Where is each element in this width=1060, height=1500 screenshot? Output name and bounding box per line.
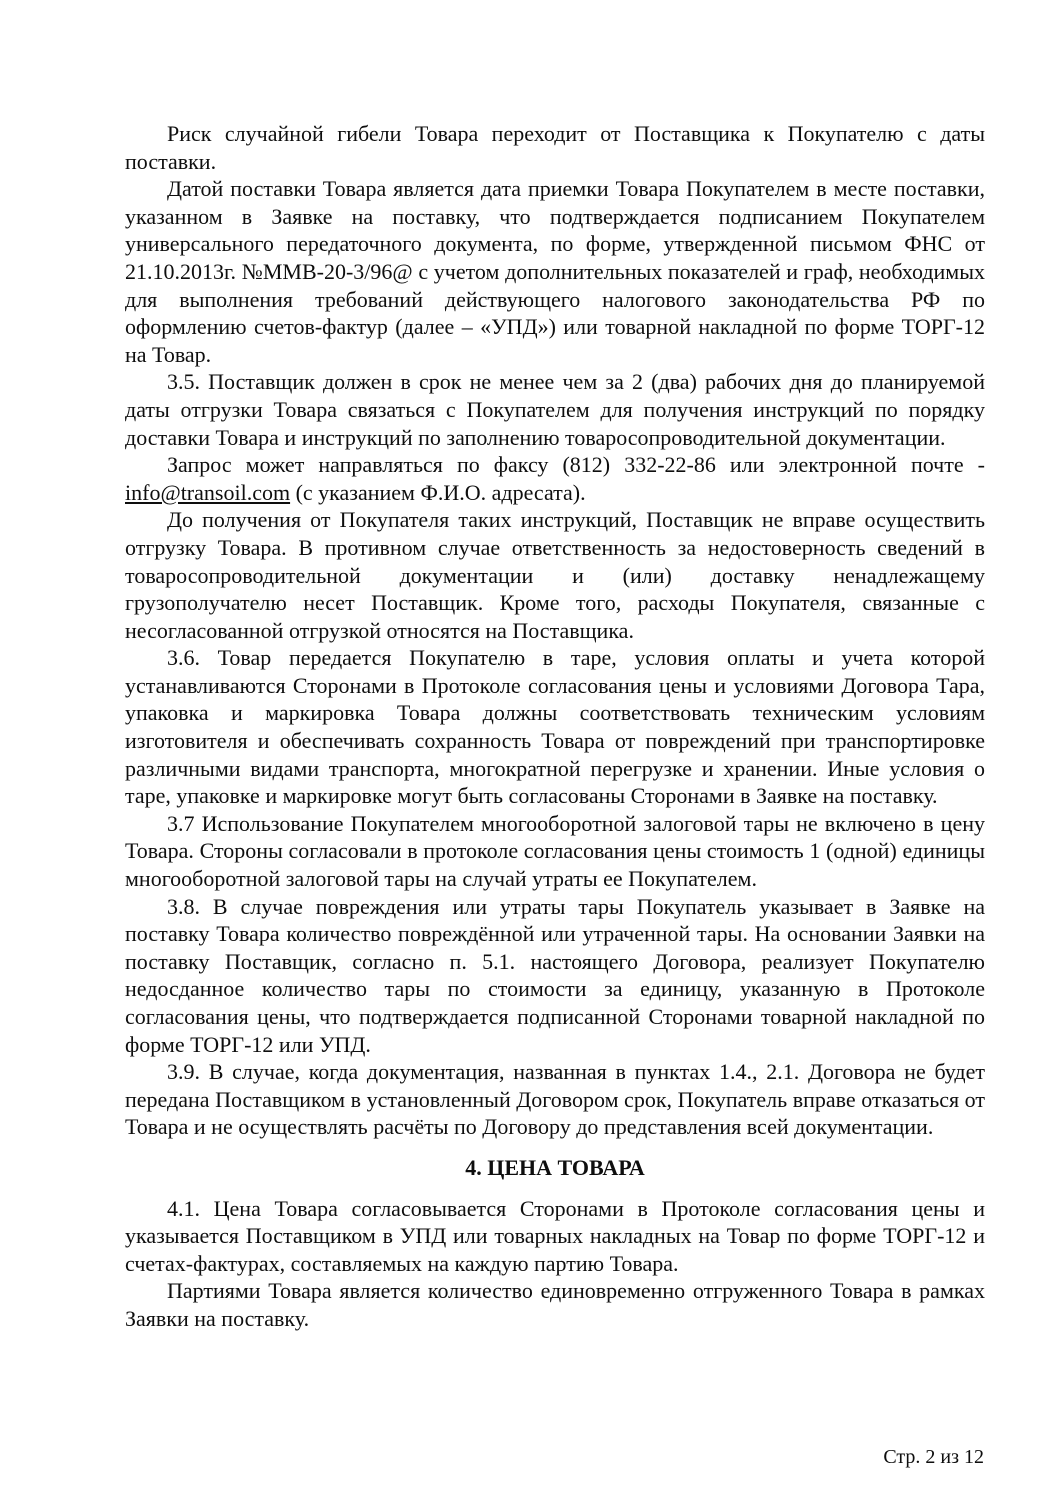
request-contact-suffix: (с указанием Ф.И.О. адресата). — [290, 480, 586, 505]
section-heading-price: 4. ЦЕНА ТОВАРА — [125, 1154, 985, 1182]
paragraph-risk-of-loss: Риск случайной гибели Товара переходит о… — [125, 120, 985, 175]
request-contact-prefix: Запрос может направляться по факсу (812)… — [167, 452, 985, 477]
contract-page: Риск случайной гибели Товара переходит о… — [0, 0, 1060, 1500]
email-link[interactable]: info@transoil.com — [125, 480, 290, 505]
paragraph-clause-4-1: 4.1. Цена Товара согласовывается Сторона… — [125, 1195, 985, 1278]
paragraph-clause-3-9: 3.9. В случае, когда документация, назва… — [125, 1058, 985, 1141]
contract-text-block: Риск случайной гибели Товара переходит о… — [125, 120, 985, 1333]
paragraph-batches: Партиями Товара является количество един… — [125, 1277, 985, 1332]
paragraph-clause-3-7: 3.7 Использование Покупателем многооборо… — [125, 810, 985, 893]
page-number: Стр. 2 из 12 — [883, 1445, 984, 1469]
paragraph-clause-3-5: 3.5. Поставщик должен в срок не менее че… — [125, 368, 985, 451]
paragraph-clause-3-6: 3.6. Товар передается Покупателю в таре,… — [125, 644, 985, 810]
paragraph-delivery-date: Датой поставки Товара является дата прие… — [125, 175, 985, 368]
paragraph-clause-3-8: 3.8. В случае повреждения или утраты тар… — [125, 893, 985, 1059]
paragraph-request-contact: Запрос может направляться по факсу (812)… — [125, 451, 985, 506]
paragraph-before-instructions: До получения от Покупателя таких инструк… — [125, 506, 985, 644]
